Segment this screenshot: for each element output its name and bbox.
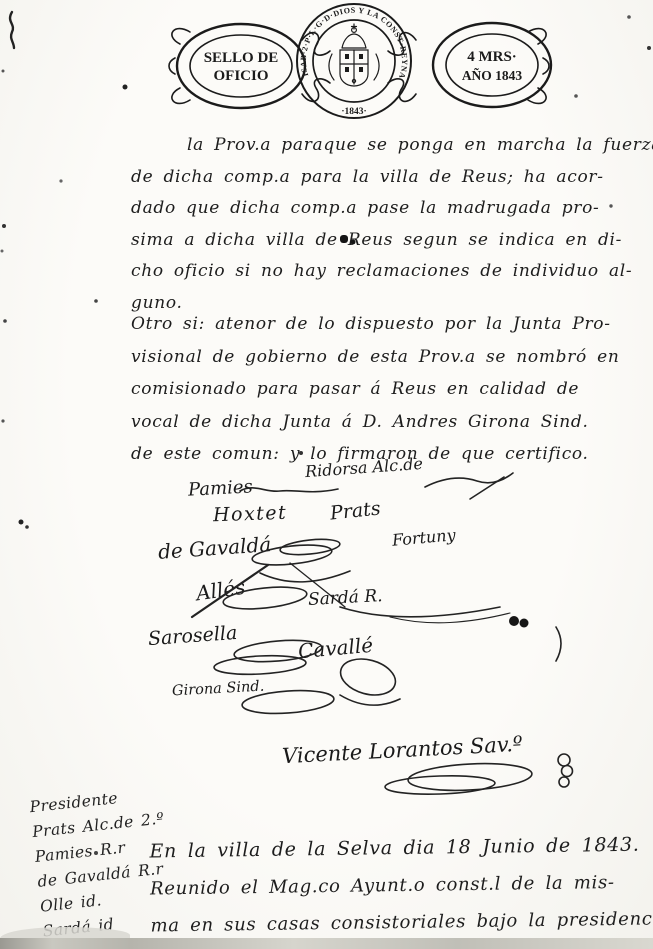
- left-stamp-line2: OFICIO: [213, 68, 268, 84]
- royal-seal-year: ·1843·: [341, 107, 366, 117]
- scan-edge: [0, 938, 653, 949]
- signature-flourish: [562, 766, 573, 777]
- signature-flourish: [340, 695, 400, 705]
- ink-blot: [520, 619, 529, 628]
- manuscript-line: vocal de dicha Junta á D. Andres Girona …: [131, 406, 647, 439]
- manuscript-page: ISAB·2·P·L·G·D·DIOS Y LA CONST·REYNA DE …: [0, 0, 653, 949]
- right-stamp-border-inner: [446, 34, 538, 96]
- signature-flourish: [558, 754, 570, 766]
- left-stamp-border-outer: [177, 24, 305, 108]
- right-stamp-line1: 4 MRS·: [467, 49, 517, 65]
- manuscript-line: cho oficio si no hay reclamaciones de in…: [131, 256, 647, 288]
- manuscript-paragraph-2: Otro si: atenor de lo dispuesto por la J…: [131, 308, 647, 471]
- signature-flourish: [260, 571, 350, 582]
- signature-flourish: [337, 653, 400, 700]
- signature-flourish: [385, 774, 496, 796]
- signature-flourish: [214, 654, 307, 677]
- manuscript-line: la Prov.a paraque se ponga en marcha la …: [131, 130, 647, 162]
- right-stamp-border-outer: [433, 23, 551, 107]
- manuscript-paragraph-1: la Prov.a paraque se ponga en marcha la …: [131, 130, 647, 319]
- right-stamp-line2: AÑO 1843: [462, 68, 523, 83]
- closing-paragraph: En la villa de la Selva dia 18 Junio de …: [149, 827, 651, 945]
- seal-flourish: [169, 29, 190, 104]
- ink-specks: [0, 0, 2, 2]
- corner-ink-mark: [4, 10, 20, 50]
- manuscript-line: Otro si: atenor de lo dispuesto por la J…: [131, 308, 647, 341]
- signature-flourish-layer: [140, 455, 580, 815]
- signature-flourish: [241, 688, 334, 716]
- signature-flourish: [559, 777, 569, 787]
- manuscript-line: comisionado para pasar á Reus en calidad…: [131, 373, 647, 406]
- signature-flourish: [340, 607, 500, 617]
- left-stamp-border-inner: [190, 35, 292, 97]
- crown-icon: [342, 24, 366, 48]
- signature-flourish: [240, 488, 338, 492]
- manuscript-line: visional de gobierno de esta Prov.a se n…: [131, 341, 647, 374]
- left-stamp-line1: SELLO DE: [204, 50, 279, 66]
- letterhead-stamps: ISAB·2·P·L·G·D·DIOS Y LA CONST·REYNA DE …: [156, 2, 562, 126]
- ink-blot: [509, 616, 519, 626]
- manuscript-line: dado que dicha comp.a pase la madrugada …: [131, 193, 647, 225]
- manuscript-line: de dicha comp.a para la villa de Reus; h…: [131, 162, 647, 194]
- signature-flourish: [233, 637, 322, 665]
- coat-of-arms-shield-icon: [329, 50, 379, 86]
- signature-flourish: [556, 627, 561, 661]
- manuscript-line: sima a dicha villa de Reus segun se indi…: [131, 225, 647, 257]
